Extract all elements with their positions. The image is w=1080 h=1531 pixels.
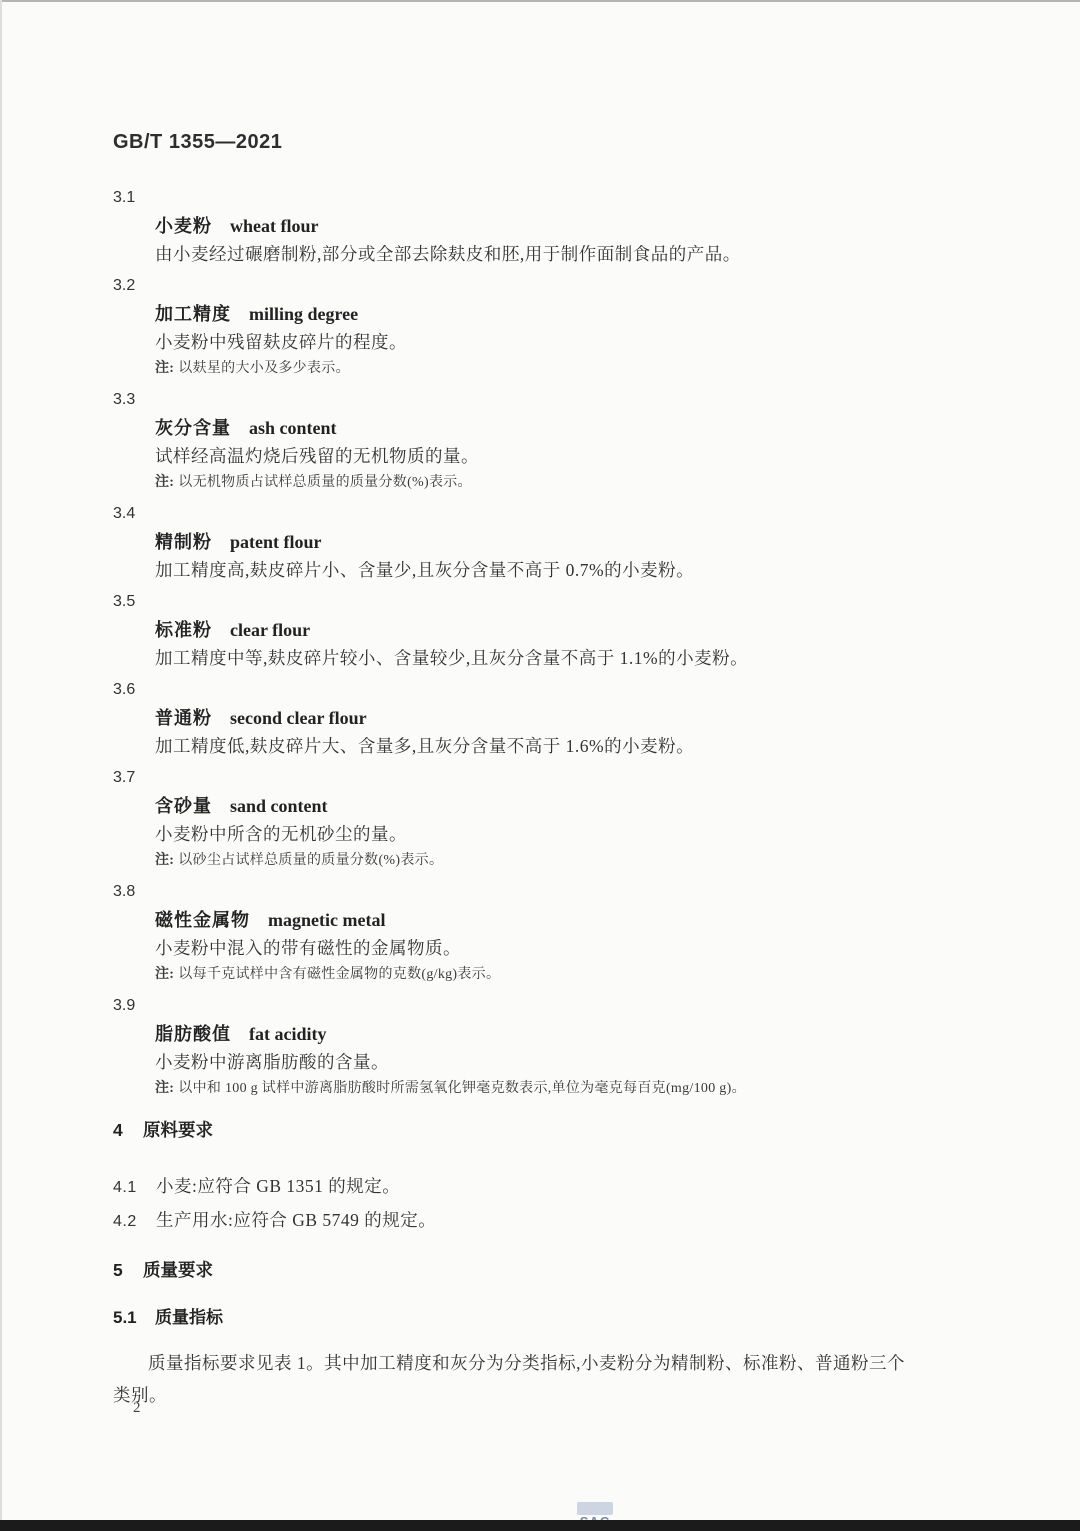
definition-text: 加工精度中等,麸皮碎片较小、含量较少,且灰分含量不高于 1.1%的小麦粉。 bbox=[113, 644, 958, 672]
section-number: 4 bbox=[113, 1116, 143, 1144]
clause-number: 3.6 bbox=[113, 676, 958, 704]
clause-number: 3.4 bbox=[113, 500, 958, 528]
clause-number: 3.1 bbox=[113, 184, 958, 212]
note-label: 注: bbox=[155, 361, 174, 376]
term-en: ash content bbox=[249, 418, 337, 438]
clause-4-1: 4.1小麦:应符合 GB 1351 的规定。 bbox=[113, 1172, 958, 1200]
term-en: clear flour bbox=[230, 620, 310, 640]
scan-left-edge bbox=[0, 0, 2, 1531]
term-line: 精制粉patent flour bbox=[113, 528, 958, 556]
clause-number: 3.8 bbox=[113, 878, 958, 906]
term-line: 小麦粉wheat flour bbox=[113, 212, 958, 240]
definition-text: 小麦粉中残留麸皮碎片的程度。 bbox=[113, 328, 958, 356]
section-title: 质量要求 bbox=[143, 1260, 213, 1280]
clause-number: 3.5 bbox=[113, 588, 958, 616]
definition-3-2: 3.2 加工精度milling degree 小麦粉中残留麸皮碎片的程度。 注:… bbox=[113, 272, 958, 382]
term-zh: 标准粉 bbox=[155, 620, 212, 640]
clause-text: 小麦:应符合 GB 1351 的规定。 bbox=[156, 1176, 400, 1196]
term-zh: 普通粉 bbox=[155, 708, 212, 728]
definition-3-9: 3.9 脂肪酸值fat acidity 小麦粉中游离脂肪酸的含量。 注:以中和 … bbox=[113, 992, 958, 1102]
clause-number: 3.7 bbox=[113, 764, 958, 792]
clause-5-1-heading: 5.1质量指标 bbox=[113, 1304, 958, 1332]
section-4-heading: 4原料要求 bbox=[113, 1116, 958, 1144]
term-zh: 灰分含量 bbox=[155, 418, 231, 438]
term-line: 标准粉clear flour bbox=[113, 616, 958, 644]
term-zh: 加工精度 bbox=[155, 304, 231, 324]
definition-3-3: 3.3 灰分含量ash content 试样经高温灼烧后残留的无机物质的量。 注… bbox=[113, 386, 958, 496]
note-line: 注:以麸星的大小及多少表示。 bbox=[113, 356, 958, 382]
section-number: 5 bbox=[113, 1256, 143, 1284]
note-line: 注:以中和 100 g 试样中游离脂肪酸时所需氢氧化钾毫克数表示,单位为毫克每百… bbox=[113, 1076, 958, 1102]
clause-title: 质量指标 bbox=[155, 1308, 223, 1327]
page-number: 2 bbox=[133, 1400, 141, 1417]
term-line: 灰分含量ash content bbox=[113, 414, 958, 442]
term-en: fat acidity bbox=[249, 1024, 326, 1044]
definition-3-5: 3.5 标准粉clear flour 加工精度中等,麸皮碎片较小、含量较少,且灰… bbox=[113, 588, 958, 672]
clause-number: 3.9 bbox=[113, 992, 958, 1020]
term-zh: 小麦粉 bbox=[155, 216, 212, 236]
term-en: wheat flour bbox=[230, 216, 319, 236]
term-line: 脂肪酸值fat acidity bbox=[113, 1020, 958, 1048]
section-5-heading: 5质量要求 bbox=[113, 1256, 958, 1284]
definition-text: 小麦粉中混入的带有磁性的金属物质。 bbox=[113, 934, 958, 962]
term-zh: 磁性金属物 bbox=[155, 910, 250, 930]
term-line: 普通粉second clear flour bbox=[113, 704, 958, 732]
clause-4-2: 4.2生产用水:应符合 GB 5749 的规定。 bbox=[113, 1206, 958, 1234]
term-en: milling degree bbox=[249, 304, 358, 324]
note-line: 注:以每千克试样中含有磁性金属物的克数(g/kg)表示。 bbox=[113, 962, 958, 988]
term-en: magnetic metal bbox=[268, 910, 385, 930]
term-line: 磁性金属物magnetic metal bbox=[113, 906, 958, 934]
note-label: 注: bbox=[155, 1081, 174, 1096]
term-en: sand content bbox=[230, 796, 328, 816]
note-label: 注: bbox=[155, 967, 174, 982]
definition-3-8: 3.8 磁性金属物magnetic metal 小麦粉中混入的带有磁性的金属物质… bbox=[113, 878, 958, 988]
note-label: 注: bbox=[155, 853, 174, 868]
standard-code-header: GB/T 1355—2021 bbox=[113, 130, 958, 154]
definition-text: 小麦粉中游离脂肪酸的含量。 bbox=[113, 1048, 958, 1076]
scan-top-edge bbox=[0, 0, 1080, 2]
term-zh: 精制粉 bbox=[155, 532, 212, 552]
definition-text: 由小麦经过碾磨制粉,部分或全部去除麸皮和胚,用于制作面制食品的产品。 bbox=[113, 240, 958, 268]
term-line: 加工精度milling degree bbox=[113, 300, 958, 328]
term-en: second clear flour bbox=[230, 708, 367, 728]
note-line: 注:以砂尘占试样总质量的质量分数(%)表示。 bbox=[113, 848, 958, 874]
definition-3-6: 3.6 普通粉second clear flour 加工精度低,麸皮碎片大、含量… bbox=[113, 676, 958, 760]
note-text: 以每千克试样中含有磁性金属物的克数(g/kg)表示。 bbox=[178, 967, 500, 982]
note-label: 注: bbox=[155, 475, 174, 490]
term-zh: 脂肪酸值 bbox=[155, 1024, 231, 1044]
clause-number: 3.2 bbox=[113, 272, 958, 300]
term-line: 含砂量sand content bbox=[113, 792, 958, 820]
clause-number: 3.3 bbox=[113, 386, 958, 414]
scan-bottom-bar bbox=[0, 1520, 1080, 1531]
term-zh: 含砂量 bbox=[155, 796, 212, 816]
clause-text: 生产用水:应符合 GB 5749 的规定。 bbox=[156, 1210, 436, 1230]
definition-text: 加工精度低,麸皮碎片大、含量多,且灰分含量不高于 1.6%的小麦粉。 bbox=[113, 732, 958, 760]
note-text: 以无机物质占试样总质量的质量分数(%)表示。 bbox=[178, 475, 472, 490]
clause-number: 4.1 bbox=[113, 1174, 156, 1202]
definition-text: 小麦粉中所含的无机砂尘的量。 bbox=[113, 820, 958, 848]
note-line: 注:以无机物质占试样总质量的质量分数(%)表示。 bbox=[113, 470, 958, 496]
definition-3-1: 3.1 小麦粉wheat flour 由小麦经过碾磨制粉,部分或全部去除麸皮和胚… bbox=[113, 184, 958, 268]
definition-3-7: 3.7 含砂量sand content 小麦粉中所含的无机砂尘的量。 注:以砂尘… bbox=[113, 764, 958, 874]
quality-index-paragraph: 质量指标要求见表 1。其中加工精度和灰分为分类指标,小麦粉分为精制粉、标准粉、普… bbox=[113, 1347, 918, 1411]
term-en: patent flour bbox=[230, 532, 322, 552]
clause-number: 4.2 bbox=[113, 1208, 156, 1236]
document-page: GB/T 1355—2021 3.1 小麦粉wheat flour 由小麦经过碾… bbox=[113, 130, 958, 1411]
note-text: 以砂尘占试样总质量的质量分数(%)表示。 bbox=[178, 853, 443, 868]
definition-text: 试样经高温灼烧后残留的无机物质的量。 bbox=[113, 442, 958, 470]
definition-text: 加工精度高,麸皮碎片小、含量少,且灰分含量不高于 0.7%的小麦粉。 bbox=[113, 556, 958, 584]
clause-number: 5.1 bbox=[113, 1304, 155, 1332]
definition-3-4: 3.4 精制粉patent flour 加工精度高,麸皮碎片小、含量少,且灰分含… bbox=[113, 500, 958, 584]
note-text: 以中和 100 g 试样中游离脂肪酸时所需氢氧化钾毫克数表示,单位为毫克每百克(… bbox=[178, 1081, 746, 1096]
section-title: 原料要求 bbox=[143, 1120, 213, 1140]
note-text: 以麸星的大小及多少表示。 bbox=[178, 361, 350, 376]
